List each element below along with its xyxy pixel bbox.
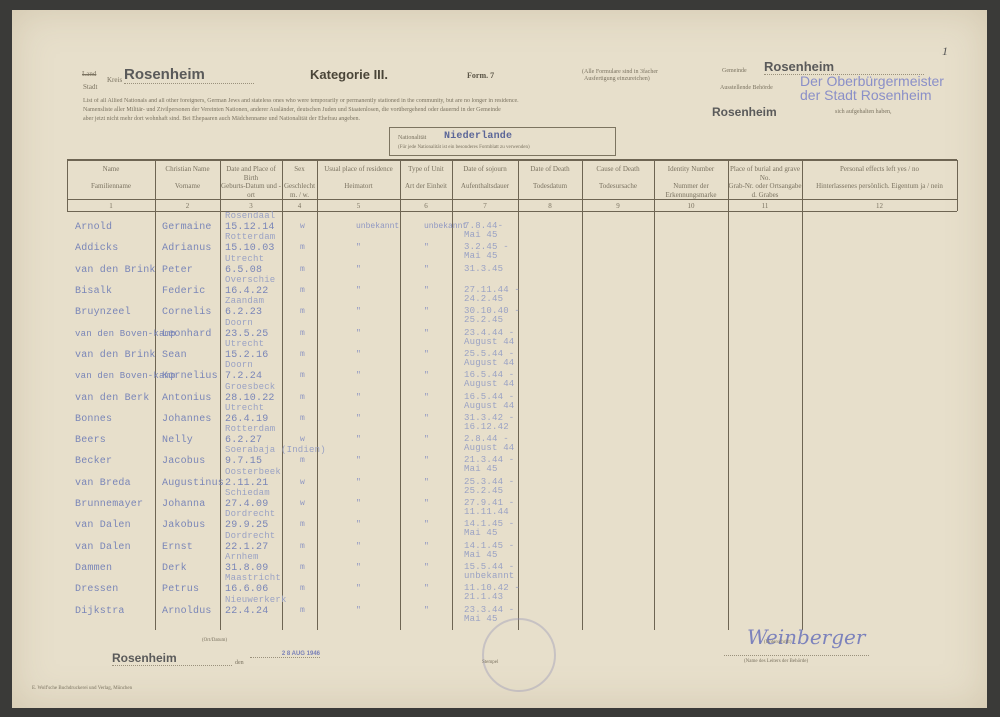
column-header-num: 5 [317,202,400,211]
cell-residence: " [356,584,361,593]
cell-sex: m [300,563,305,572]
cell-residence: " [356,371,361,380]
cell-name: van den Brink [75,265,156,276]
cell-residence: " [356,393,361,402]
column-header-num: 9 [582,202,654,211]
cell-sex: w [300,222,305,231]
intro-line-2: Namensliste aller Militär- und Zivilpers… [83,107,501,113]
cell-residence: " [356,499,361,508]
cell-sex: w [300,499,305,508]
column-header-de: Aufenthaltsdauer [452,182,518,191]
column-divider [400,160,401,630]
page-number: 1 [942,44,948,59]
column-header-de: Nummer der Erkennungsmarke [654,182,728,200]
signature: Weinberger [747,625,865,649]
form-title: Kategorie III. [310,67,388,82]
cell-unit: " [424,350,429,359]
cell-residence: " [356,542,361,551]
cell-unit: " [424,371,429,380]
cell-residence: " [356,414,361,423]
gemeinde-label: Gemeinde [722,68,747,74]
cell-name: Dressen [75,584,118,595]
form-number: Form. 7 [467,71,494,80]
cell-sojourn: 27.11.44 - 24.2.45 [464,286,520,304]
cell-birth-place: Rotterdam [225,232,275,242]
cell-vorname: Sean [162,350,187,361]
column-header-num: 12 [802,202,957,211]
cell-vorname: Peter [162,265,193,276]
cell-birth-place: Oosterbeek [225,467,281,477]
cell-name: Bruynzeel [75,307,131,318]
cell-unit: " [424,584,429,593]
cell-residence: " [356,350,361,359]
cell-unit: " [424,243,429,252]
cell-birth-place: Groesbeck [225,382,275,392]
cell-vorname: Johannes [162,414,212,425]
stadt-label: Stadt [83,83,97,91]
signature-label: (Unterschrift) [764,640,792,645]
column-header-de: Todesdatum [518,182,582,191]
cell-unit: " [424,414,429,423]
column-header-num: 3 [220,202,282,211]
cell-unit: " [424,563,429,572]
column-header-de: Geburts-Datum und -ort [220,182,282,200]
cell-sex: m [300,307,305,316]
cell-birth-place: Soerabaja (Indien) [225,445,326,455]
cell-residence: " [356,435,361,444]
cell-residence: " [356,243,361,252]
cell-sex: m [300,243,305,252]
cell-sex: m [300,371,305,380]
cell-birth-place: Utrecht [225,403,264,413]
document-page: 1 Land Kreis Stadt Rosenheim Kategorie I… [12,10,987,708]
cell-unit: " [424,329,429,338]
cell-birth-place: Rotterdam [225,424,275,434]
cell-sex: m [300,584,305,593]
cell-sojourn: 27.9.41 - 11.11.44 [464,499,514,517]
intro-place-value: Rosenheim [712,105,777,119]
cell-birth-place: Dordrecht [225,509,275,519]
cell-vorname: Federic [162,286,205,297]
printer-note: E. Wolf'sche Buchdruckerei und Verlag, M… [32,686,132,691]
column-header-num: 1 [67,202,155,211]
cell-birth-place: Utrecht [225,339,264,349]
cell-sojourn: 23.4.44 - August 44 [464,329,514,347]
cell-sex: m [300,329,305,338]
column-header-en: Date and Place of Birth [220,165,282,183]
cell-birth-place: Schiedam [225,488,270,498]
cell-birth-place: Rosendaal [225,211,275,221]
column-header-num: 11 [728,202,802,211]
column-header-en: Sex [282,165,317,174]
cell-unit: " [424,307,429,316]
cell-sex: m [300,456,305,465]
cell-sojourn: 14.1.45 - Mai 45 [464,542,514,560]
column-header-num: 7 [452,202,518,211]
signature-line [724,655,869,656]
cell-vorname: Cornelis [162,307,212,318]
cell-sojourn: 21.3.44 - Mai 45 [464,456,514,474]
column-header-num: 10 [654,202,728,211]
cell-sojourn: 16.5.44 - August 44 [464,371,514,389]
column-header-en: Name [67,165,155,174]
cell-vorname: Arnoldus [162,606,212,617]
cell-birth-date: 22.4.24 [225,606,268,617]
nationality-box: Nationalität Niederlande (Für jede Natio… [389,127,616,156]
cell-vorname: Jakobus [162,520,205,531]
cell-residence: " [356,286,361,295]
signature-caption: (Name des Leiters der Behörde) [744,659,808,664]
cell-name: Beers [75,435,106,446]
cell-birth-place: Maastricht [225,573,281,583]
cell-birth-place: Utrecht [225,254,264,264]
table-top-border [67,159,957,161]
column-divider [654,160,655,630]
form-note-1: (Alle Formulare sind in 3facher [582,69,658,75]
cell-sojourn: 25.3.44 - 25.2.45 [464,478,514,496]
place-caption: (Ort/Datum) [202,638,227,643]
form-note-2: Ausfertigung einzureichen) [584,76,650,82]
column-header-num: 6 [400,202,452,211]
cell-vorname: Kornelius [162,371,218,382]
cell-birth-place: Doorn [225,318,253,328]
column-header-num: 2 [155,202,220,211]
column-divider [282,160,283,630]
cell-sojourn: 3.2.45 - Mai 45 [464,243,509,261]
column-divider [518,160,519,630]
cell-vorname: Derk [162,563,187,574]
column-header-de: Vorname [155,182,220,191]
cell-vorname: Jacobus [162,456,205,467]
cell-name: van Breda [75,478,131,489]
column-header-en: Usual place of residence [317,165,400,174]
cell-unit: " [424,265,429,274]
cell-vorname: Augustinus [162,478,224,489]
cell-sex: m [300,414,305,423]
cell-sojourn: 15.5.44 - unbekannt [464,563,514,581]
column-header-de: Hinterlassenes persönlich. Eigentum ja /… [802,182,957,191]
cell-unit: unbekannt [424,222,467,231]
den-label: den [235,660,244,666]
cell-birth-place: Zaandam [225,296,264,306]
column-header-de: Art der Einheit [400,182,452,191]
cell-sex: w [300,478,305,487]
nationality-note: (Für jede Nationalität ist ein besondere… [398,145,530,150]
nationality-value: Niederlande [444,131,512,142]
cell-name: Arnold [75,222,112,233]
cell-name: van den Berk [75,393,149,404]
cell-residence: " [356,520,361,529]
cell-unit: " [424,435,429,444]
cell-unit: " [424,606,429,615]
cell-name: Dammen [75,563,112,574]
column-header-en: Personal effects left yes / no [802,165,957,174]
ausstellende-label: Ausstellende Behörde [720,85,773,91]
cell-name: van den Brink [75,350,156,361]
column-header-de: Heimatort [317,182,400,191]
stamp-caption: Stempel [482,660,498,665]
column-header-en: Place of burial and grave No. [728,165,802,183]
cell-birth-place: Nieuwerkerk [225,595,287,605]
column-divider [582,160,583,630]
cell-vorname: Germaine [162,222,212,233]
cell-sojourn: 25.5.44 - August 44 [464,350,514,368]
column-header-num: 8 [518,202,582,211]
cell-residence: " [356,606,361,615]
cell-name: Bisalk [75,286,112,297]
nationality-label: Nationalität [398,135,426,141]
intro-line-2-end: sich aufgehalten haben, [835,109,891,115]
cell-sex: w [300,435,305,444]
cell-unit: " [424,286,429,295]
cell-residence: " [356,456,361,465]
cell-unit: " [424,499,429,508]
cell-birth-place: Doorn [225,360,253,370]
intro-line-1: List of all Allied Nationals and all oth… [83,98,913,104]
cell-residence: " [356,307,361,316]
column-divider [728,160,729,630]
cell-sex: m [300,542,305,551]
cell-vorname: Ernst [162,542,193,553]
cell-vorname: Adrianus [162,243,212,254]
cell-residence: unbekannt [356,222,399,231]
column-header-en: Identity Number [654,165,728,174]
column-header-en: Christian Name [155,165,220,174]
cell-residence: " [356,265,361,274]
column-header-en: Cause of Death [582,165,654,174]
cell-name: Brunnemayer [75,499,143,510]
cell-vorname: Nelly [162,435,193,446]
cell-unit: " [424,393,429,402]
column-header-de: Familienname [67,182,155,191]
cell-residence: " [356,478,361,487]
cell-vorname: Leonhard [162,329,212,340]
cell-residence: " [356,563,361,572]
cell-name: Becker [75,456,112,467]
cell-vorname: Petrus [162,584,199,595]
cell-sojourn: 7.8.44- Mai 45 [464,222,503,240]
cell-name: van den Boven-kamp [75,371,176,381]
cell-sex: m [300,265,305,274]
cell-birth-place: Arnhem [225,552,259,562]
kreis-value: Rosenheim [124,66,254,84]
cell-unit: " [424,520,429,529]
column-header-de: Geschlecht m. / w. [282,182,317,200]
cell-sojourn: 14.1.45 - Mai 45 [464,520,514,538]
cell-unit: " [424,478,429,487]
cell-name: Dijkstra [75,606,125,617]
cell-name: Bonnes [75,414,112,425]
cell-vorname: Antonius [162,393,212,404]
cell-residence: " [356,329,361,338]
cell-birth-place: Dordrecht [225,531,275,541]
cell-name: van den Boven-kamp [75,329,176,339]
cell-unit: " [424,456,429,465]
date-stamp: 2 8 AUG 1946 [250,651,320,658]
cell-sojourn: 11.10.42 - 21.1.43 [464,584,520,602]
cell-sojourn: 31.3.42 - 16.12.42 [464,414,514,432]
cell-name: Addicks [75,243,118,254]
cell-unit: " [424,542,429,551]
cell-sex: m [300,606,305,615]
column-divider [957,160,958,211]
column-divider [155,160,156,630]
column-divider [802,160,803,630]
cell-sex: m [300,350,305,359]
number-row-divider [67,211,957,212]
kreis-label: Kreis [107,76,122,84]
land-label-struck: Land [82,70,96,78]
column-divider [220,160,221,630]
column-header-de: Grab-Nr. oder Ortsangabe d. Grabes [728,182,802,200]
cell-sex: m [300,520,305,529]
cell-birth-place: Overschie [225,275,275,285]
cell-sojourn: 30.10.40 - 25.2.45 [464,307,520,325]
column-header-en: Date of sojourn [452,165,518,174]
footer-place: Rosenheim [112,651,232,666]
cell-name: van Dalen [75,542,131,553]
cell-name: van Dalen [75,520,131,531]
cell-sojourn: 31.3.45 [464,265,503,274]
intro-line-3: aber jetzt nicht mehr dort wohnhaft sind… [83,116,360,122]
column-header-en: Date of Death [518,165,582,174]
column-header-de: Todesursache [582,182,654,191]
column-divider [317,160,318,630]
official-seal [482,618,556,692]
column-header-num: 4 [282,202,317,211]
cell-sex: m [300,286,305,295]
cell-sex: m [300,393,305,402]
column-header-en: Type of Unit [400,165,452,174]
cell-sojourn: 2.8.44 - August 44 [464,435,514,453]
cell-vorname: Johanna [162,499,205,510]
cell-sojourn: 16.5.44 - August 44 [464,393,514,411]
header-divider [67,199,957,200]
